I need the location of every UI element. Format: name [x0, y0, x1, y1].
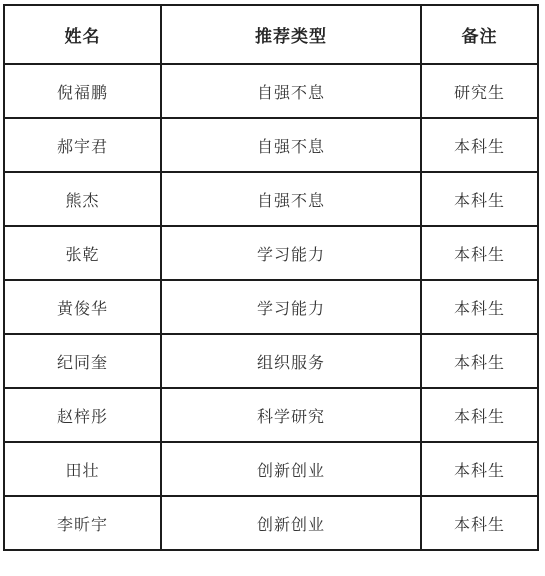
recommendation-table: 姓名 推荐类型 备注 倪福鹏自强不息研究生郝宇君自强不息本科生熊杰自强不息本科生… — [3, 4, 539, 551]
name-cell: 熊杰 — [4, 172, 161, 226]
recommendation-type-cell: 组织服务 — [161, 334, 421, 388]
table-row: 倪福鹏自强不息研究生 — [4, 64, 538, 118]
recommendation-type-cell: 学习能力 — [161, 226, 421, 280]
table-row: 熊杰自强不息本科生 — [4, 172, 538, 226]
recommendation-type-cell: 自强不息 — [161, 172, 421, 226]
header-recommendation-type: 推荐类型 — [161, 5, 421, 64]
name-cell: 纪同奎 — [4, 334, 161, 388]
table-row: 赵梓彤科学研究本科生 — [4, 388, 538, 442]
remark-cell: 研究生 — [421, 64, 538, 118]
name-cell: 郝宇君 — [4, 118, 161, 172]
remark-cell: 本科生 — [421, 442, 538, 496]
recommendation-type-cell: 自强不息 — [161, 118, 421, 172]
recommendation-type-cell: 自强不息 — [161, 64, 421, 118]
header-remark: 备注 — [421, 5, 538, 64]
recommendation-type-cell: 学习能力 — [161, 280, 421, 334]
remark-cell: 本科生 — [421, 496, 538, 550]
name-cell: 赵梓彤 — [4, 388, 161, 442]
remark-cell: 本科生 — [421, 172, 538, 226]
remark-cell: 本科生 — [421, 388, 538, 442]
remark-cell: 本科生 — [421, 226, 538, 280]
table-row: 纪同奎组织服务本科生 — [4, 334, 538, 388]
table-row: 田壮创新创业本科生 — [4, 442, 538, 496]
table-row: 黄俊华学习能力本科生 — [4, 280, 538, 334]
recommendation-type-cell: 创新创业 — [161, 496, 421, 550]
name-cell: 李昕宇 — [4, 496, 161, 550]
header-row: 姓名 推荐类型 备注 — [4, 5, 538, 64]
page: 姓名 推荐类型 备注 倪福鹏自强不息研究生郝宇君自强不息本科生熊杰自强不息本科生… — [0, 0, 545, 576]
name-cell: 黄俊华 — [4, 280, 161, 334]
name-cell: 张乾 — [4, 226, 161, 280]
table-header: 姓名 推荐类型 备注 — [4, 5, 538, 64]
recommendation-type-cell: 创新创业 — [161, 442, 421, 496]
table-body: 倪福鹏自强不息研究生郝宇君自强不息本科生熊杰自强不息本科生张乾学习能力本科生黄俊… — [4, 64, 538, 550]
table-row: 张乾学习能力本科生 — [4, 226, 538, 280]
remark-cell: 本科生 — [421, 118, 538, 172]
recommendation-type-cell: 科学研究 — [161, 388, 421, 442]
table-row: 郝宇君自强不息本科生 — [4, 118, 538, 172]
remark-cell: 本科生 — [421, 334, 538, 388]
remark-cell: 本科生 — [421, 280, 538, 334]
name-cell: 田壮 — [4, 442, 161, 496]
name-cell: 倪福鹏 — [4, 64, 161, 118]
header-name: 姓名 — [4, 5, 161, 64]
table-row: 李昕宇创新创业本科生 — [4, 496, 538, 550]
